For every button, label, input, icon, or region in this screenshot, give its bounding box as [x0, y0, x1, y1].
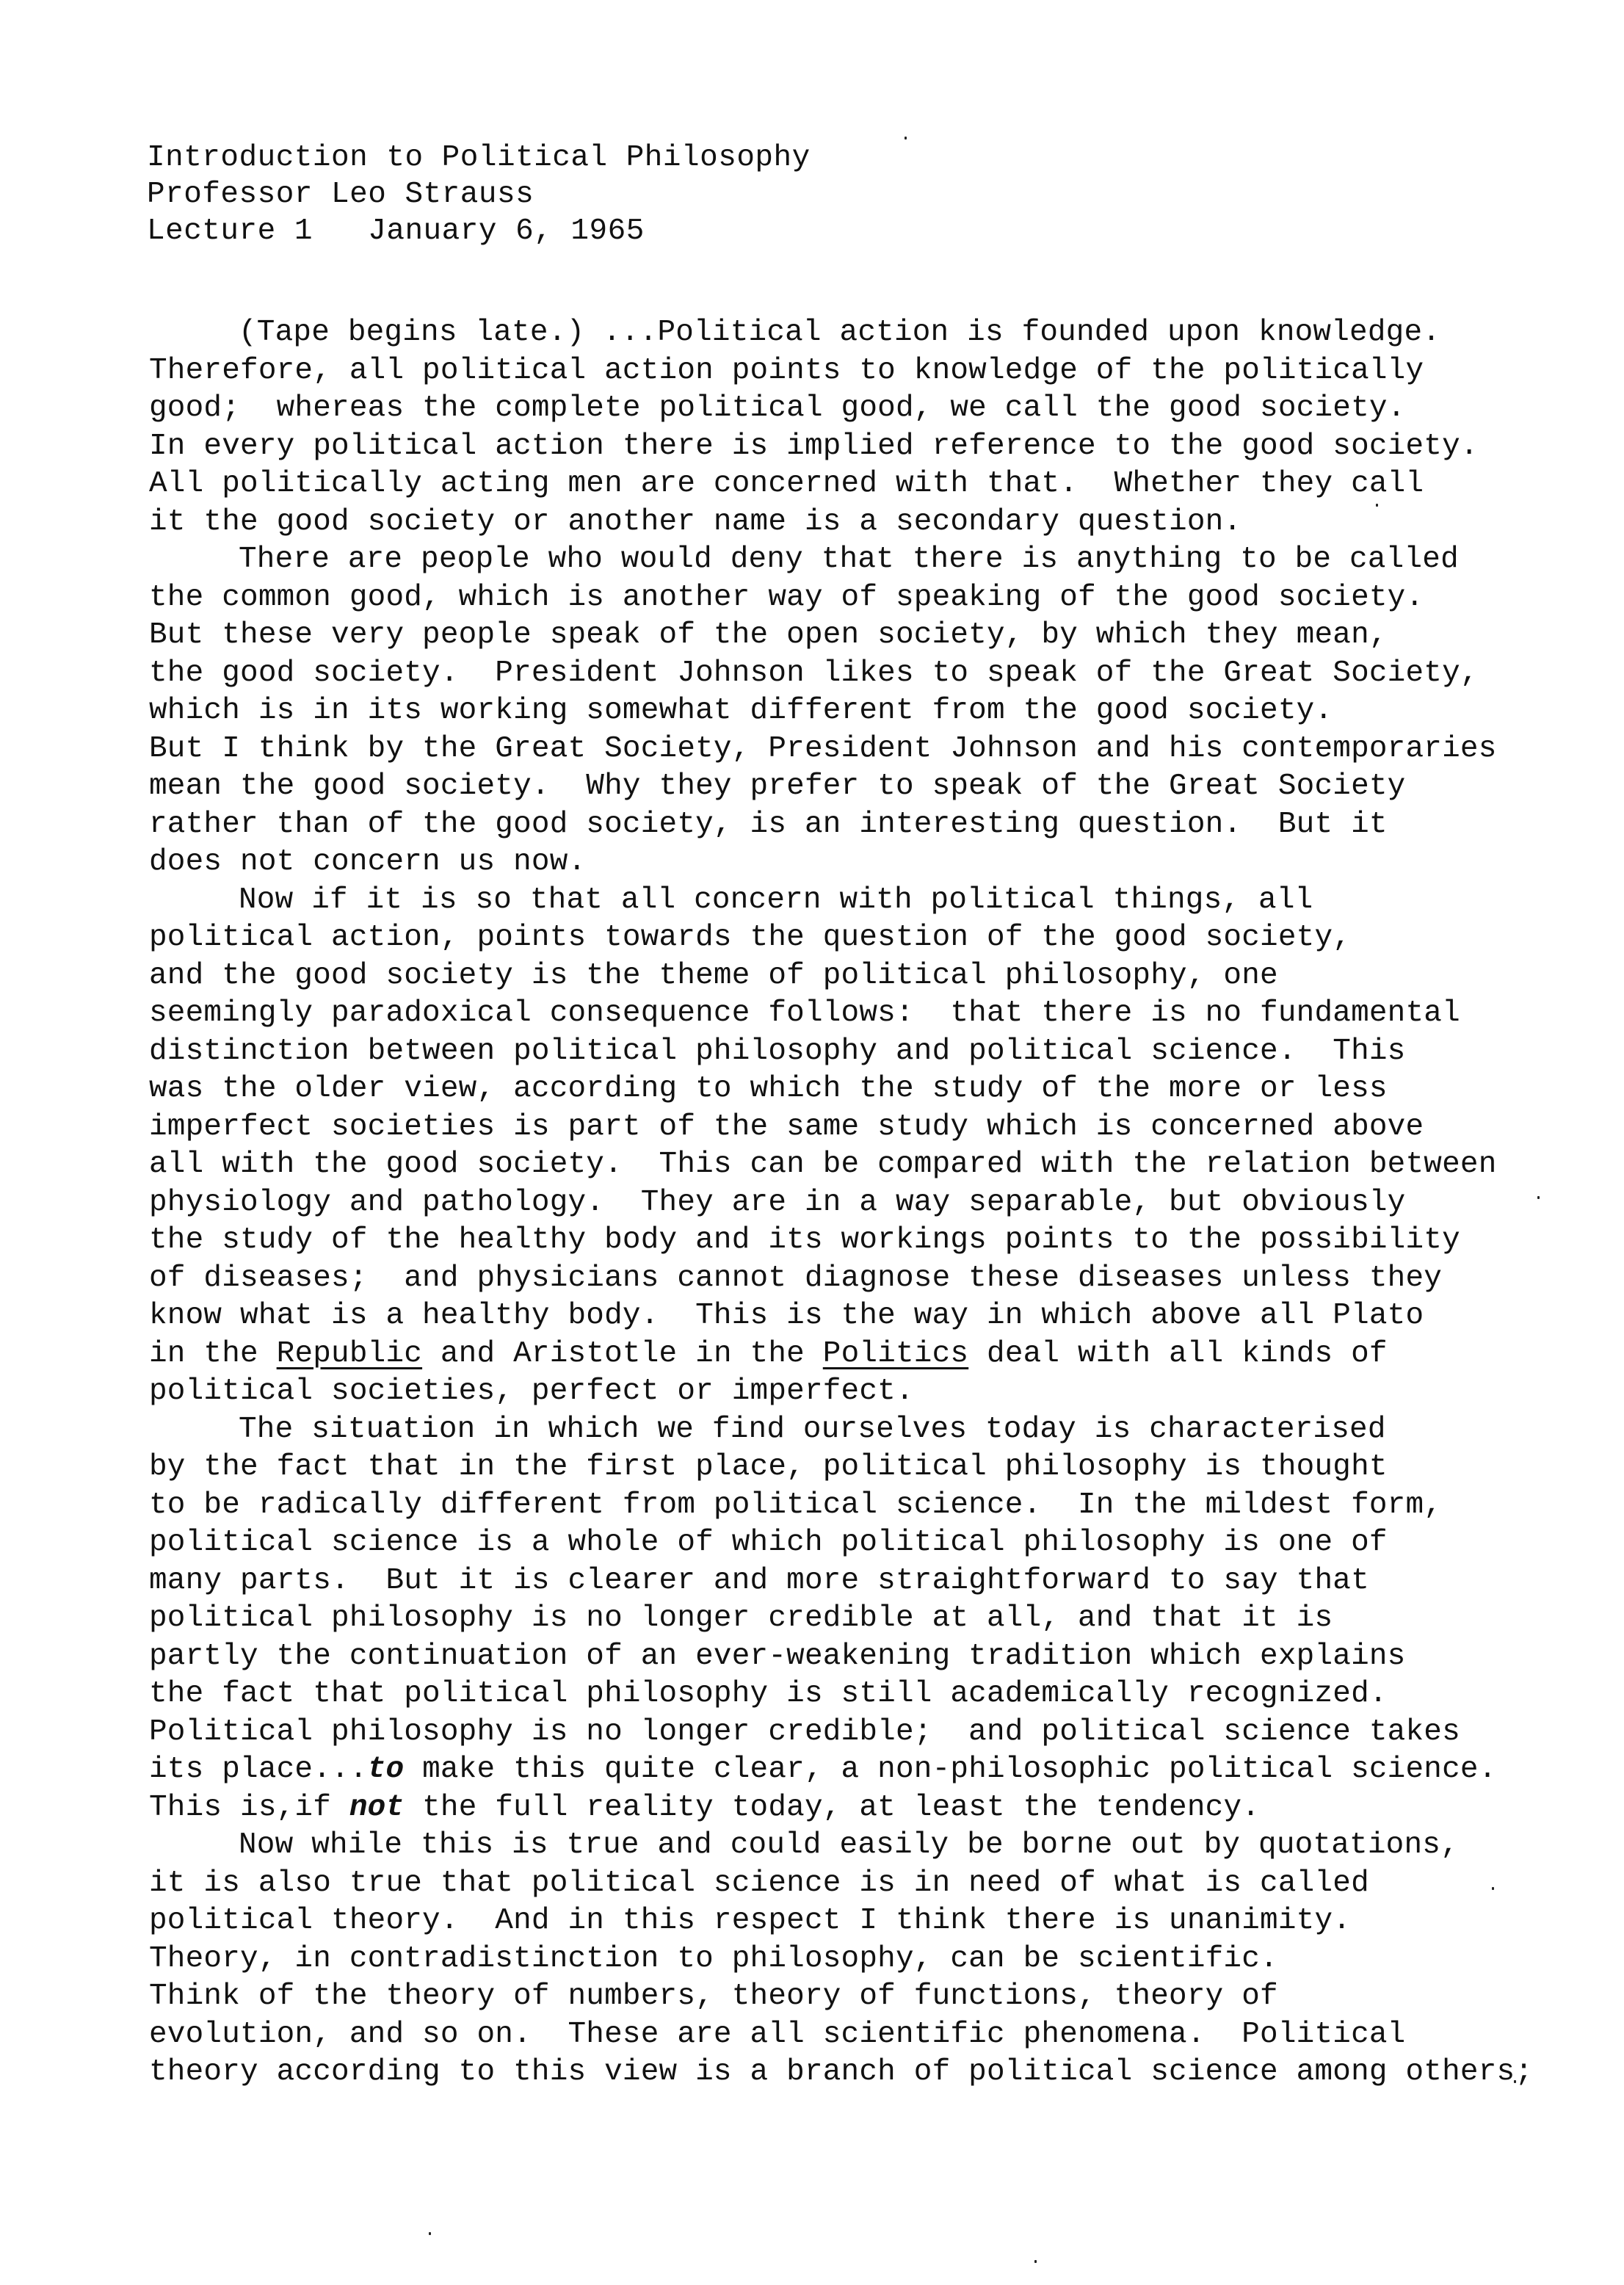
professor-name: Professor Leo Strauss — [147, 176, 811, 213]
transcript-line: it the good society or another name is a… — [149, 504, 1588, 542]
text-segment: its place... — [149, 1753, 368, 1786]
scan-speck — [1492, 1887, 1494, 1890]
transcript-line: and the good society is the theme of pol… — [149, 957, 1588, 996]
transcript-line: theory according to this view is a branc… — [149, 2054, 1588, 2092]
transcript-line: in the Republic and Aristotle in the Pol… — [149, 1336, 1588, 1374]
transcript-line: political philosophy is no longer credib… — [149, 1600, 1588, 1638]
transcript-line: But I think by the Great Society, Presid… — [149, 731, 1588, 769]
underlined-title: Politics — [823, 1337, 968, 1371]
transcript-line: rather than of the good society, is an i… — [149, 806, 1588, 844]
course-title: Introduction to Political Philosophy — [147, 140, 811, 176]
transcript-line: political action, points towards the que… — [149, 919, 1588, 957]
transcript-line: political science is a whole of which po… — [149, 1524, 1588, 1562]
text-segment: and Aristotle in the — [422, 1337, 823, 1371]
transcript-line: the fact that political philosophy is st… — [149, 1676, 1588, 1714]
scan-speck — [1537, 1196, 1540, 1199]
scan-speck — [1514, 2080, 1516, 2083]
transcript-line: know what is a healthy body. This is the… — [149, 1297, 1588, 1336]
typescript-page: Introduction to Political Philosophy Pro… — [0, 0, 1624, 2285]
transcript-line: Theory, in contradistinction to philosop… — [149, 1941, 1588, 1979]
lecture-date: Lecture 1 January 6, 1965 — [147, 213, 811, 250]
transcript-line: political societies, perfect or imperfec… — [149, 1373, 1588, 1411]
text-segment: the full reality today, at least the ten… — [404, 1791, 1260, 1825]
transcript-line: Now if it is so that all concern with po… — [149, 882, 1588, 920]
transcript-line: it is also true that political science i… — [149, 1865, 1588, 1903]
text-segment: make this quite clear, a non-philosophic… — [404, 1753, 1496, 1786]
transcript-line: which is in its working somewhat differe… — [149, 692, 1588, 731]
typed-correction: not — [349, 1791, 404, 1825]
transcript-line: to be radically different from political… — [149, 1487, 1588, 1525]
transcript-line: Now while this is true and could easily … — [149, 1827, 1588, 1865]
transcript-line: In every political action there is impli… — [149, 428, 1588, 466]
text-segment: This is,if — [149, 1791, 349, 1825]
transcript-line: the common good, which is another way of… — [149, 579, 1588, 618]
transcript-line: Political philosophy is no longer credib… — [149, 1714, 1588, 1752]
typed-correction: to — [368, 1753, 405, 1786]
transcript-line: physiology and pathology. They are in a … — [149, 1184, 1588, 1223]
transcript-line: many parts. But it is clearer and more s… — [149, 1562, 1588, 1601]
transcript-line: all with the good society. This can be c… — [149, 1146, 1588, 1184]
transcript-line: imperfect societies is part of the same … — [149, 1109, 1588, 1147]
transcript-line: There are people who would deny that the… — [149, 541, 1588, 579]
scan-speck — [1034, 2260, 1037, 2263]
transcript-line: partly the continuation of an ever-weake… — [149, 1638, 1588, 1676]
transcript-line: good; whereas the complete political goo… — [149, 390, 1588, 428]
document-header: Introduction to Political Philosophy Pro… — [147, 140, 811, 250]
lecture-transcript-body: (Tape begins late.) ...Political action … — [149, 314, 1588, 2092]
scan-speck — [429, 2232, 431, 2235]
transcript-line: seemingly paradoxical consequence follow… — [149, 995, 1588, 1033]
transcript-line: was the older view, according to which t… — [149, 1071, 1588, 1109]
transcript-line: All politically acting men are concerned… — [149, 466, 1588, 504]
transcript-line: evolution, and so on. These are all scie… — [149, 2016, 1588, 2054]
transcript-line: This is,if not the full reality today, a… — [149, 1789, 1588, 1828]
transcript-line: does not concern us now. — [149, 844, 1588, 882]
scan-speck — [905, 137, 907, 140]
transcript-line: political theory. And in this respect I … — [149, 1902, 1588, 1941]
transcript-line: Think of the theory of numbers, theory o… — [149, 1978, 1588, 2016]
text-segment: in the — [149, 1337, 277, 1371]
transcript-line: distinction between political philosophy… — [149, 1033, 1588, 1071]
text-segment: deal with all kinds of — [968, 1337, 1388, 1371]
transcript-line: its place...to make this quite clear, a … — [149, 1751, 1588, 1789]
transcript-line: mean the good society. Why they prefer t… — [149, 768, 1588, 806]
transcript-line: (Tape begins late.) ...Political action … — [149, 314, 1588, 352]
scan-speck — [1376, 504, 1378, 507]
transcript-line: of diseases; and physicians cannot diagn… — [149, 1260, 1588, 1298]
transcript-line: The situation in which we find ourselves… — [149, 1411, 1588, 1449]
transcript-line: the good society. President Johnson like… — [149, 655, 1588, 693]
transcript-line: Therefore, all political action points t… — [149, 352, 1588, 391]
transcript-line: by the fact that in the first place, pol… — [149, 1449, 1588, 1487]
transcript-line: But these very people speak of the open … — [149, 617, 1588, 655]
transcript-line: the study of the healthy body and its wo… — [149, 1222, 1588, 1260]
underlined-title: Republic — [277, 1337, 422, 1371]
